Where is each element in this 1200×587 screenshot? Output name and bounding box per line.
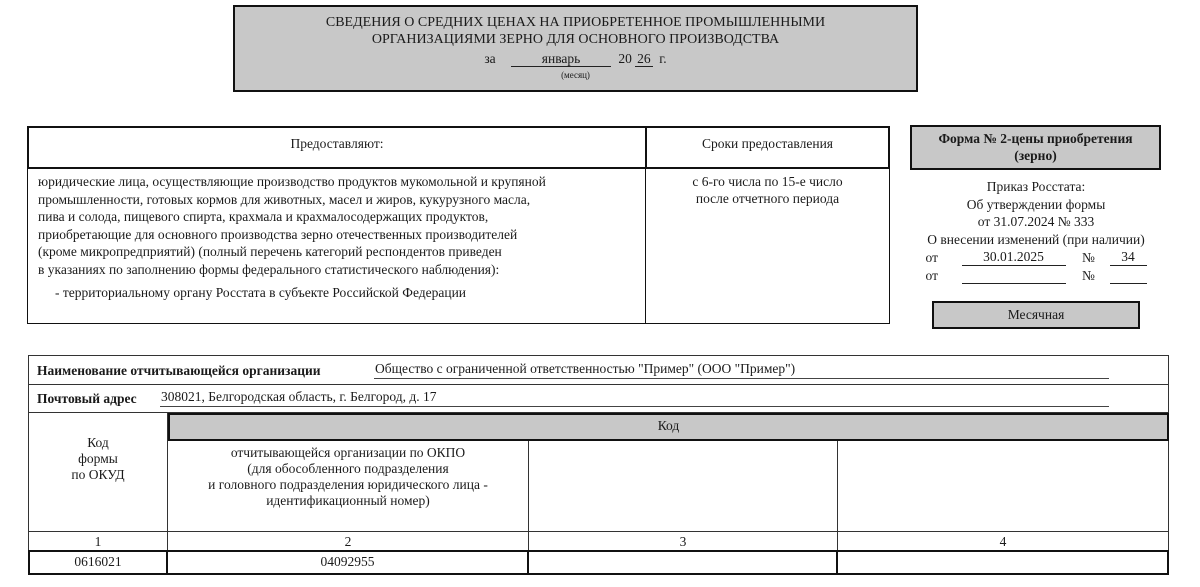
column-4-field[interactable] bbox=[838, 552, 1167, 573]
amendment-number-field[interactable]: 34 bbox=[1110, 248, 1147, 267]
amendment-number-label: № bbox=[1080, 267, 1098, 285]
okud-code-field[interactable]: 0616021 bbox=[30, 552, 168, 573]
report-title-box: СВЕДЕНИЯ О СРЕДНИХ ЦЕНАХ НА ПРИОБРЕТЕННО… bbox=[233, 5, 918, 92]
order-line-2: Об утверждении формы bbox=[898, 196, 1174, 214]
codes-data-row: 0616021 04092955 bbox=[28, 550, 1169, 575]
month-field[interactable]: январь bbox=[511, 51, 611, 67]
amendment-from-label: от bbox=[926, 267, 948, 285]
postal-address-label: Почтовый адрес bbox=[37, 391, 137, 406]
month-caption: (месяц) bbox=[235, 69, 916, 81]
deadline-cell: с 6-го числа по 15-е число после отчетно… bbox=[646, 169, 889, 323]
year-field[interactable]: 26 bbox=[635, 51, 653, 67]
year-prefix: 20 bbox=[618, 51, 632, 66]
amendment-number-field[interactable] bbox=[1110, 266, 1147, 285]
amendment-row: от № bbox=[898, 266, 1174, 284]
respondents-text: юридические лица, осуществляющие произво… bbox=[38, 173, 645, 279]
postal-address-row: Почтовый адрес 308021, Белгородская обла… bbox=[29, 385, 1168, 413]
organization-name-field[interactable]: Общество с ограниченной ответственностью… bbox=[374, 360, 1109, 379]
amendments-title: О внесении изменений (при наличии) bbox=[898, 231, 1174, 249]
periodicity-box: Месячная bbox=[932, 301, 1140, 329]
submission-table: Предоставляют: Сроки предоставления юрид… bbox=[27, 126, 890, 324]
amendment-from-label: от bbox=[926, 249, 948, 267]
column-numbers-row: 1 2 3 4 bbox=[29, 531, 1168, 551]
column-number: 4 bbox=[838, 532, 1168, 551]
form-number-box: Форма № 2-цены приобретения (зерно) bbox=[910, 125, 1161, 170]
organization-name-label: Наименование отчитывающейся организации bbox=[37, 363, 321, 378]
order-line-1: Приказ Росстата: bbox=[898, 178, 1174, 196]
report-period: за январь 2026 г. bbox=[235, 50, 916, 67]
report-title-line-2: ОРГАНИЗАЦИЯМИ ЗЕРНО ДЛЯ ОСНОВНОГО ПРОИЗВ… bbox=[235, 31, 916, 48]
column-3-field[interactable] bbox=[529, 552, 838, 573]
postal-address-field[interactable]: 308021, Белгородская область, г. Белгоро… bbox=[160, 388, 1109, 407]
amendment-date-field[interactable] bbox=[962, 266, 1066, 285]
column-number: 1 bbox=[29, 532, 168, 551]
amendment-date-field[interactable]: 30.01.2025 bbox=[962, 248, 1066, 267]
column-4-header bbox=[838, 441, 1168, 531]
okud-header: Код формы по ОКУД bbox=[29, 413, 168, 531]
recipient-text: - территориальному органу Росстата в суб… bbox=[38, 284, 645, 302]
column-number: 2 bbox=[168, 532, 529, 551]
deadline-text: с 6-го числа по 15-е число после отчетно… bbox=[692, 174, 842, 206]
submission-table-header: Предоставляют: Сроки предоставления bbox=[27, 126, 890, 169]
report-title-line-1: СВЕДЕНИЯ О СРЕДНИХ ЦЕНАХ НА ПРИОБРЕТЕННО… bbox=[235, 14, 916, 31]
code-header: Код bbox=[168, 413, 1169, 441]
okpo-code-field[interactable]: 04092955 bbox=[168, 552, 529, 573]
okpo-header: отчитывающейся организации по ОКПО (для … bbox=[168, 441, 529, 531]
order-line-3: от 31.07.2024 № 333 bbox=[898, 213, 1174, 231]
codes-table: Код формы по ОКУД Код отчитывающейся орг… bbox=[29, 413, 1168, 574]
order-block: Приказ Росстата: Об утверждении формы от… bbox=[898, 178, 1174, 284]
header-provide: Предоставляют: bbox=[29, 128, 647, 167]
header-deadline: Сроки предоставления bbox=[647, 128, 888, 167]
submission-table-body: юридические лица, осуществляющие произво… bbox=[28, 169, 889, 323]
amendment-row: от 30.01.2025 № 34 bbox=[898, 248, 1174, 266]
column-3-header bbox=[529, 441, 838, 531]
organization-name-row: Наименование отчитывающейся организации … bbox=[29, 356, 1168, 385]
respondents-cell: юридические лица, осуществляющие произво… bbox=[28, 169, 646, 323]
column-number: 3 bbox=[529, 532, 838, 551]
period-prefix: за bbox=[484, 51, 495, 66]
year-unit: г. bbox=[659, 51, 666, 66]
organization-table: Наименование отчитывающейся организации … bbox=[28, 355, 1169, 574]
amendment-number-label: № bbox=[1080, 249, 1098, 267]
